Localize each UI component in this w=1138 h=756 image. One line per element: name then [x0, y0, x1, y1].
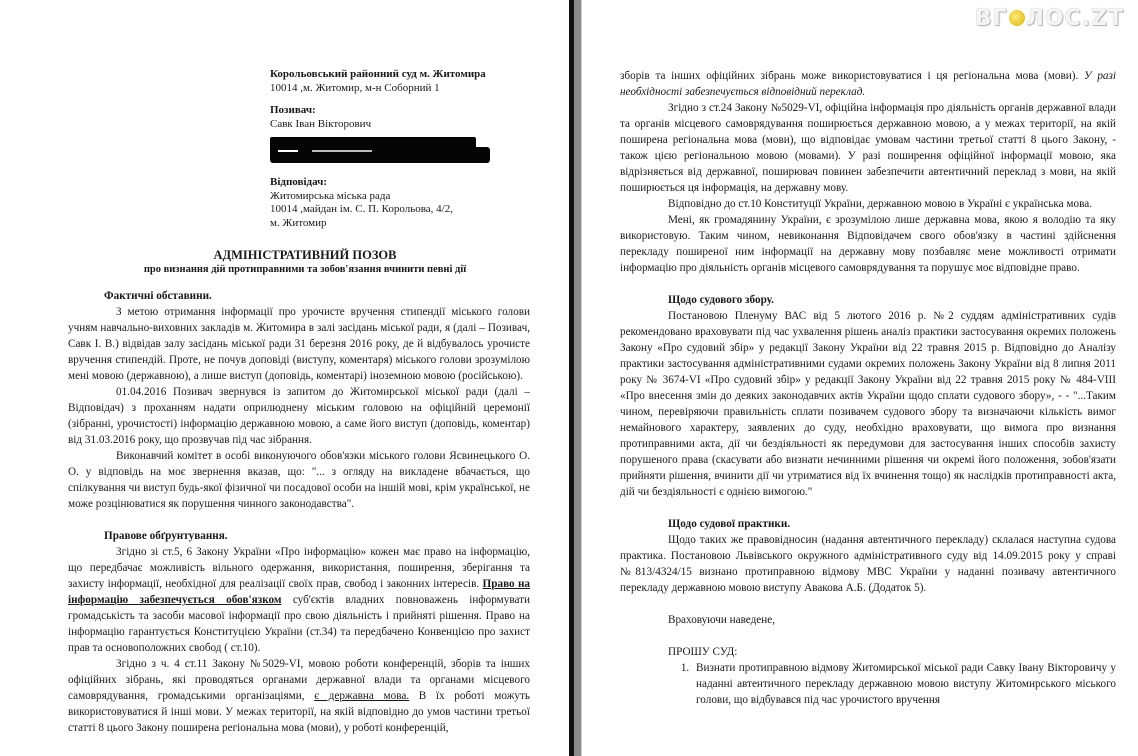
right-body: зборів та інших офіційних зібрань може в…: [620, 68, 1116, 708]
facts-paragraph-1: З метою отримання інформації про урочист…: [68, 304, 530, 384]
legal-paragraph-2: Згідно з ч. 4 ст.11 Закону №5029-VI, мов…: [68, 656, 530, 736]
facts-heading: Фактичні обставини.: [68, 288, 530, 304]
court-name: Корольовський районний суд м. Житомира: [270, 68, 486, 80]
court-fee-paragraph: Постановою Пленуму ВАС від 5 лютого 2016…: [620, 308, 1116, 500]
title-subtitle: про визнання дій протиправними та зобов'…: [60, 263, 550, 276]
court-fee-heading: Щодо судового збору.: [620, 292, 1116, 308]
defendant-address-line1: 10014 ,майдан ім. С. П. Корольова, 4/2,: [270, 203, 550, 217]
left-body: Фактичні обставини. З метою отримання ін…: [68, 288, 530, 736]
defendant-address-line2: м. Житомир: [270, 217, 550, 231]
redaction-bar: [270, 137, 480, 167]
page-divider: [569, 0, 582, 756]
request-item: Визнати протиправною відмову Житомирсько…: [692, 660, 1116, 708]
continued-paragraph: зборів та інших офіційних зібрань може в…: [620, 68, 1116, 100]
site-watermark-logo: ВГЛОС.ZT: [975, 6, 1124, 31]
defendant-name: Житомирська міська рада: [270, 190, 550, 204]
considering-line: Враховуючи наведене,: [620, 612, 1116, 628]
paragraph-citizen: Мені, як громадянину України, є зрозуміл…: [620, 212, 1116, 276]
facts-paragraph-3: Виконавчий комітет в особі виконуючого о…: [68, 448, 530, 512]
plaintiff-label: Позивач:: [270, 104, 316, 116]
request-heading: ПРОШУ СУД:: [620, 644, 1116, 660]
request-list: Визнати протиправною відмову Житомирсько…: [620, 660, 1116, 708]
title-main: АДМІНІСТРАТИВНИЙ ПОЗОВ: [60, 248, 550, 263]
plaintiff-name: Савк Іван Вікторович: [270, 118, 550, 132]
court-practice-heading: Щодо судової практики.: [620, 516, 1116, 532]
document-title: АДМІНІСТРАТИВНИЙ ПОЗОВ про визнання дій …: [60, 248, 550, 276]
facts-paragraph-2: 01.04.2016 Позивач звернувся із запитом …: [68, 384, 530, 448]
document-page-left: Корольовський районний суд м. Житомира 1…: [0, 0, 569, 756]
document-page-right: зборів та інших офіційних зібрань може в…: [582, 0, 1138, 756]
legal-paragraph-1: Згідно зі ст.5, 6 Закону України «Про ін…: [68, 544, 530, 656]
court-address: 10014 ,м. Житомир, м-н Соборний 1: [270, 82, 550, 96]
paragraph-art24: Згідно з ст.24 Закону №5029-VI, офіційна…: [620, 100, 1116, 196]
emphasis-state-language: є державна мова.: [314, 690, 409, 702]
defendant-label: Відповідач:: [270, 176, 327, 188]
sound-wave-o-icon: [1009, 10, 1025, 26]
legal-heading: Правове обґрунтування.: [68, 528, 530, 544]
court-practice-paragraph: Щодо таких же правовідносин (надання авт…: [620, 532, 1116, 596]
paragraph-constitution: Відповідно до ст.10 Конституції України,…: [620, 196, 1116, 212]
